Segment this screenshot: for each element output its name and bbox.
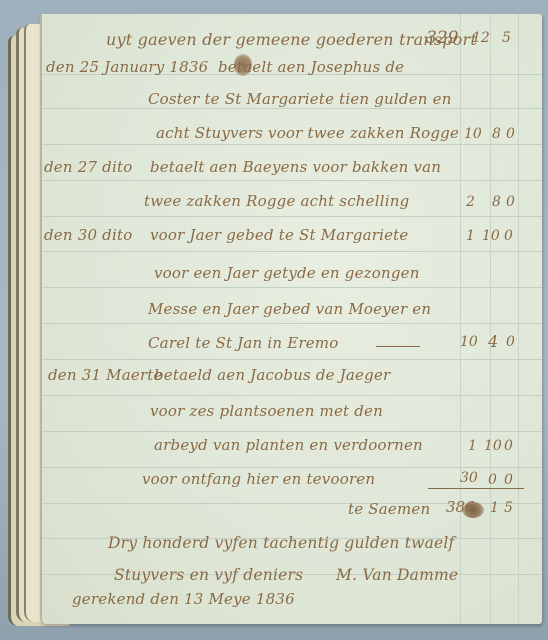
entry-line: twee zakken Rogge acht schelling bbox=[144, 192, 409, 210]
ruled-line bbox=[42, 108, 542, 109]
amount-stuivers: 10 bbox=[482, 228, 500, 244]
amount-stuivers: 8 bbox=[492, 194, 501, 210]
entry-date: den 25 January 1836 bbox=[46, 58, 208, 76]
entry-date: den 31 Maerte bbox=[48, 366, 163, 384]
ruled-line bbox=[42, 144, 542, 145]
amount-guilders: 30 bbox=[460, 470, 478, 486]
entry-line: voor Jaer gebed te St Margariete bbox=[150, 226, 409, 244]
amount-stuivers: 8 bbox=[492, 126, 501, 142]
amount-deniers: 0 bbox=[504, 228, 513, 244]
ruled-line bbox=[42, 323, 542, 324]
total-guilders: 386 bbox=[446, 498, 475, 516]
amount-guilders: 1 bbox=[468, 438, 477, 454]
ledger-page: uyt gaeven der gemeene goederen transpor… bbox=[40, 14, 542, 624]
entry-line: betaeld aen Jacobus de Jaeger bbox=[154, 366, 390, 384]
closing-line: Dry honderd vyfen tachentig gulden twael… bbox=[108, 534, 455, 552]
fill-line bbox=[376, 346, 420, 347]
amount-guilders: 10 bbox=[460, 334, 478, 350]
entry-line: betaelt aen Baeyens voor bakken van bbox=[150, 158, 441, 176]
entry-line: voor een Jaer getyde en gezongen bbox=[154, 264, 420, 282]
total-label: te Saemen bbox=[348, 500, 430, 518]
ruled-line bbox=[42, 287, 542, 288]
amount-guilders: 1 bbox=[466, 228, 475, 244]
header-text: uyt gaeven der gemeene goederen transpor… bbox=[106, 30, 477, 49]
amount-deniers: 5 bbox=[502, 30, 511, 46]
signature: M. Van Damme bbox=[336, 566, 458, 584]
amount-guilders: 329 bbox=[426, 28, 458, 48]
entry-line: betaelt aen Josephus de bbox=[218, 58, 404, 76]
entry-line: acht Stuyvers voor twee zakken Rogge bbox=[156, 124, 459, 142]
ruled-line bbox=[42, 467, 542, 468]
total-stuivers: 1 bbox=[490, 500, 499, 516]
column-rule bbox=[518, 14, 519, 624]
entry-line: voor ontfang hier en tevooren bbox=[142, 470, 375, 488]
sum-line bbox=[428, 488, 524, 489]
ruled-line bbox=[42, 216, 542, 217]
column-rule bbox=[490, 14, 491, 624]
amount-guilders: 2 bbox=[466, 194, 475, 210]
entry-line: Messe en Jaer gebed van Moeyer en bbox=[148, 300, 431, 318]
entry-line: voor zes plantsoenen met den bbox=[150, 402, 383, 420]
amount-deniers: 0 bbox=[506, 194, 515, 210]
ruled-line bbox=[42, 251, 542, 252]
column-rule bbox=[460, 14, 461, 624]
amount-stuivers: 4 bbox=[488, 332, 498, 351]
entry-line: Coster te St Margariete tien gulden en bbox=[148, 90, 452, 108]
amount-stuivers: 10 bbox=[484, 438, 502, 454]
amount-deniers: 0 bbox=[504, 472, 513, 488]
entry-line: arbeyd van planten en verdoornen bbox=[154, 436, 423, 454]
footer-date: gerekend den 13 Meye 1836 bbox=[72, 590, 295, 608]
amount-stuivers: 0 bbox=[488, 472, 497, 488]
entry-line: Carel te St Jan in Eremo bbox=[148, 334, 338, 352]
entry-date: den 27 dito bbox=[44, 158, 132, 176]
ruled-line bbox=[42, 431, 542, 432]
total-deniers: 5 bbox=[504, 500, 513, 516]
ruled-line bbox=[42, 180, 542, 181]
amount-guilders: 10 bbox=[464, 126, 482, 142]
amount-deniers: 0 bbox=[504, 438, 513, 454]
closing-line: Stuyvers en vyf deniers bbox=[114, 566, 303, 584]
amount-deniers: 0 bbox=[506, 334, 515, 350]
ruled-line bbox=[42, 395, 542, 396]
amount-deniers: 0 bbox=[506, 126, 515, 142]
entry-date: den 30 dito bbox=[44, 226, 132, 244]
amount-stuivers: 12 bbox=[472, 30, 490, 46]
ruled-line bbox=[42, 359, 542, 360]
